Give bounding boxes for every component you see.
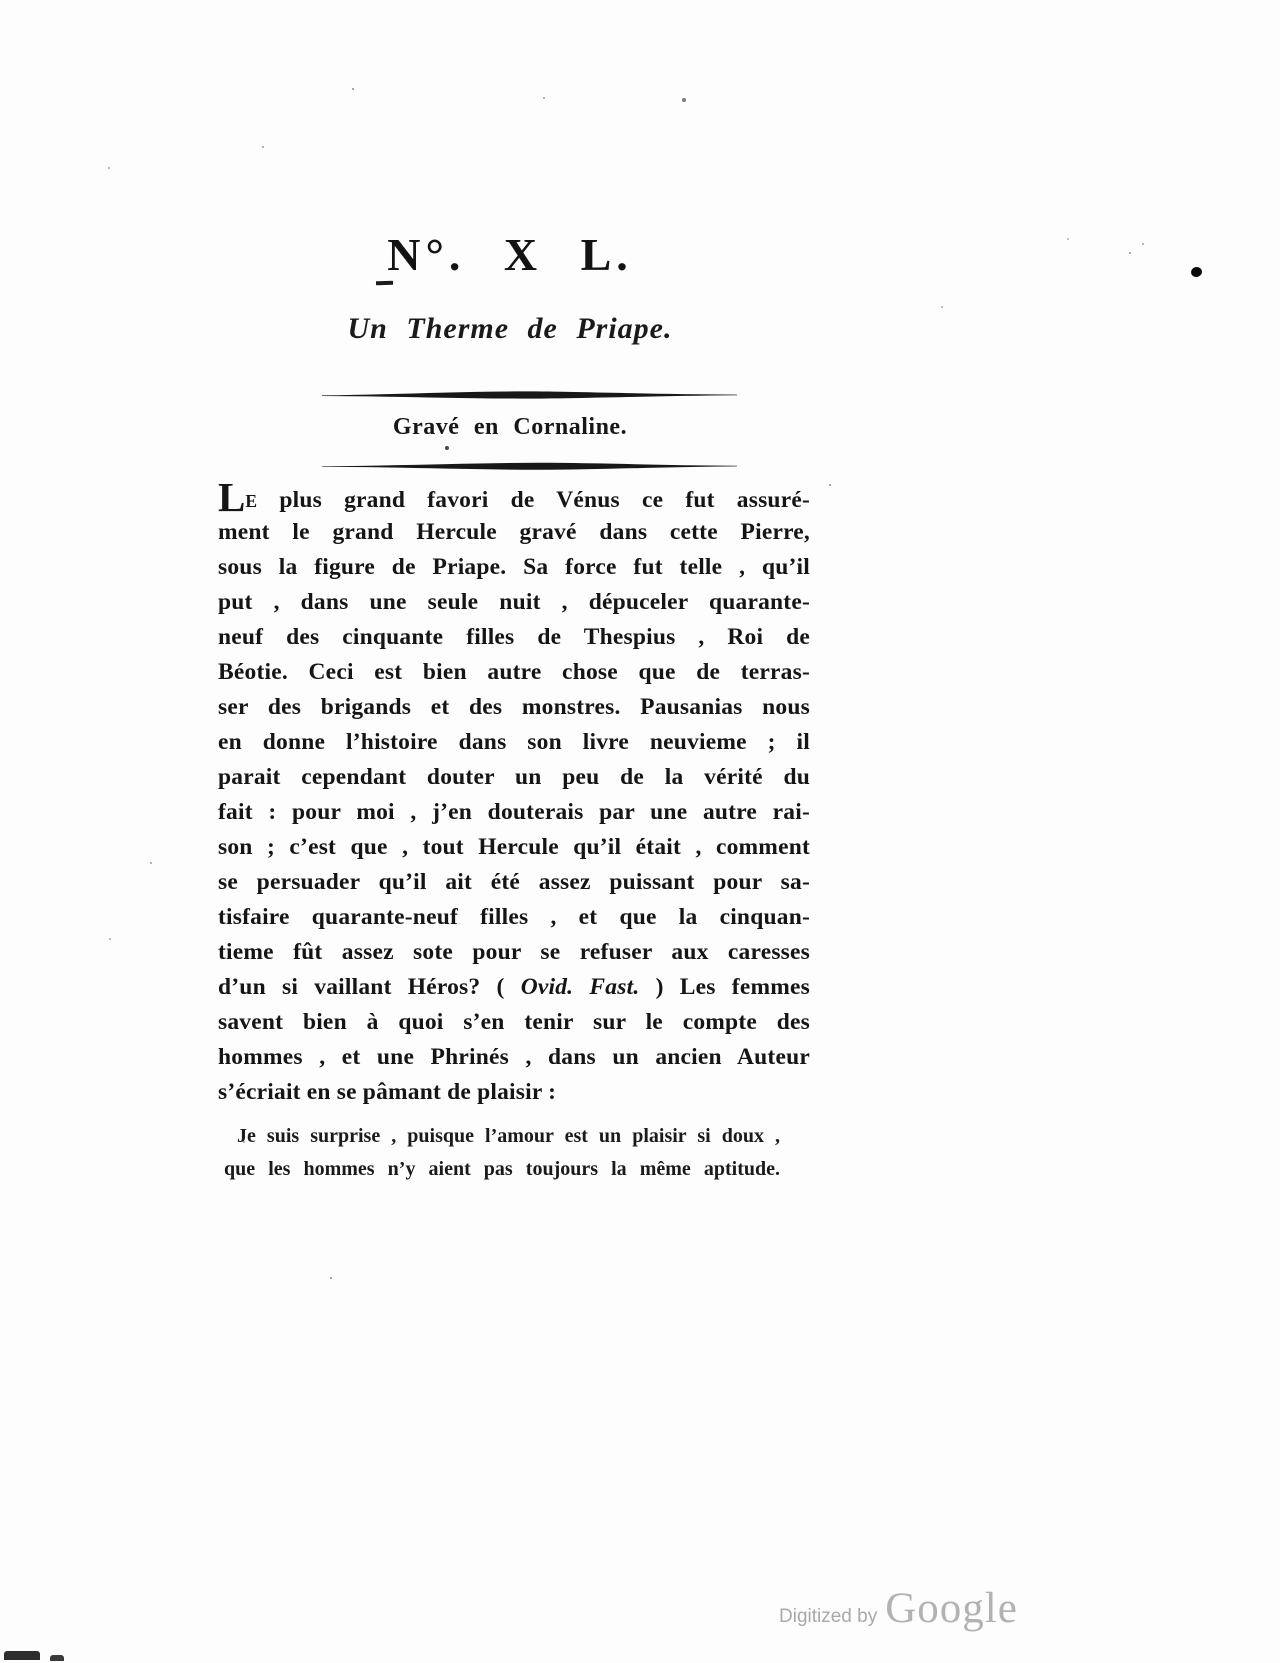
tapered-divider-top-icon (322, 390, 737, 400)
stray-ink-mark (376, 281, 393, 286)
digitization-watermark: Digitized by Google (779, 1584, 1018, 1633)
quote-line-1: Je suis surprise , puisque l’amour est u… (224, 1120, 780, 1153)
text-line-15: d’un si vaillant Héros? ( Ovid. Fast. ) … (218, 970, 810, 1005)
text-line-12: se persuader qu’il ait été assez puissan… (218, 865, 810, 900)
text-line-2: ment le grand Hercule gravé dans cette P… (218, 515, 810, 550)
scanned-book-page: N°. X L. Un Therme de Priape. Gravé en C… (0, 0, 1280, 1663)
text-line-18: s’écriait en se pâmant de plaisir : (218, 1075, 810, 1110)
text-line-9: parait cependant douter un peu de la vér… (218, 760, 810, 795)
drop-cap-initial: L (218, 474, 245, 520)
ink-blot-mark (1190, 266, 1203, 278)
text-line-15-post: ) Les femmes (639, 974, 810, 1000)
text-line-13: tisfaire quarante-neuf filles , et que l… (218, 900, 810, 935)
page-edge-artifact (50, 1655, 64, 1661)
text-line-15-pre: d’un si vaillant Héros? ( (218, 974, 521, 1000)
quote-line-2: que les hommes n’y aient pas toujours la… (224, 1153, 780, 1186)
verse-quote: Je suis surprise , puisque l’amour est u… (224, 1120, 780, 1186)
plate-title-heading: Un Therme de Priape. (225, 312, 795, 346)
text-line-14: tieme fût assez sote pour se refuser aux… (218, 935, 810, 970)
tapered-divider-bottom-icon (322, 461, 737, 471)
text-line-1-rest: plus grand favori de Vénus ce fut assuré… (257, 487, 810, 513)
drop-cap-smallcap: E (245, 491, 257, 511)
plate-number-heading: N°. X L. (225, 228, 795, 281)
text-line-5: neuf des cinquante filles de Thespius , … (218, 620, 810, 655)
citation-italic: Ovid. Fast. (521, 974, 640, 1000)
text-line-3: sous la figure de Priape. Sa force fut t… (218, 550, 810, 585)
text-line-8: en donne l’histoire dans son livre neuvi… (218, 725, 810, 760)
scan-specks (0, 0, 2, 2)
text-line-11: son ; c’est que , tout Hercule qu’il éta… (218, 830, 810, 865)
page-edge-artifact (4, 1651, 40, 1660)
text-line-16: savent bien à quoi s’en tenir sur le com… (218, 1005, 810, 1040)
main-paragraph: LE plus grand favori de Vénus ce fut ass… (218, 480, 810, 1110)
text-line-1: LE plus grand favori de Vénus ce fut ass… (218, 480, 810, 515)
text-line-6: Béotie. Ceci est bien autre chose que de… (218, 655, 810, 690)
digitized-by-label: Digitized by (779, 1606, 877, 1628)
text-line-17: hommes , et une Phrinés , dans un ancien… (218, 1040, 810, 1075)
google-logo: Google (885, 1584, 1018, 1633)
text-line-7: ser des brigands et des monstres. Pausan… (218, 690, 810, 725)
material-caption: Gravé en Cornaline. (225, 414, 795, 441)
text-line-4: put , dans une seule nuit , dépuceler qu… (218, 585, 810, 620)
text-line-10: fait : pour moi , j’en douterais par une… (218, 795, 810, 830)
